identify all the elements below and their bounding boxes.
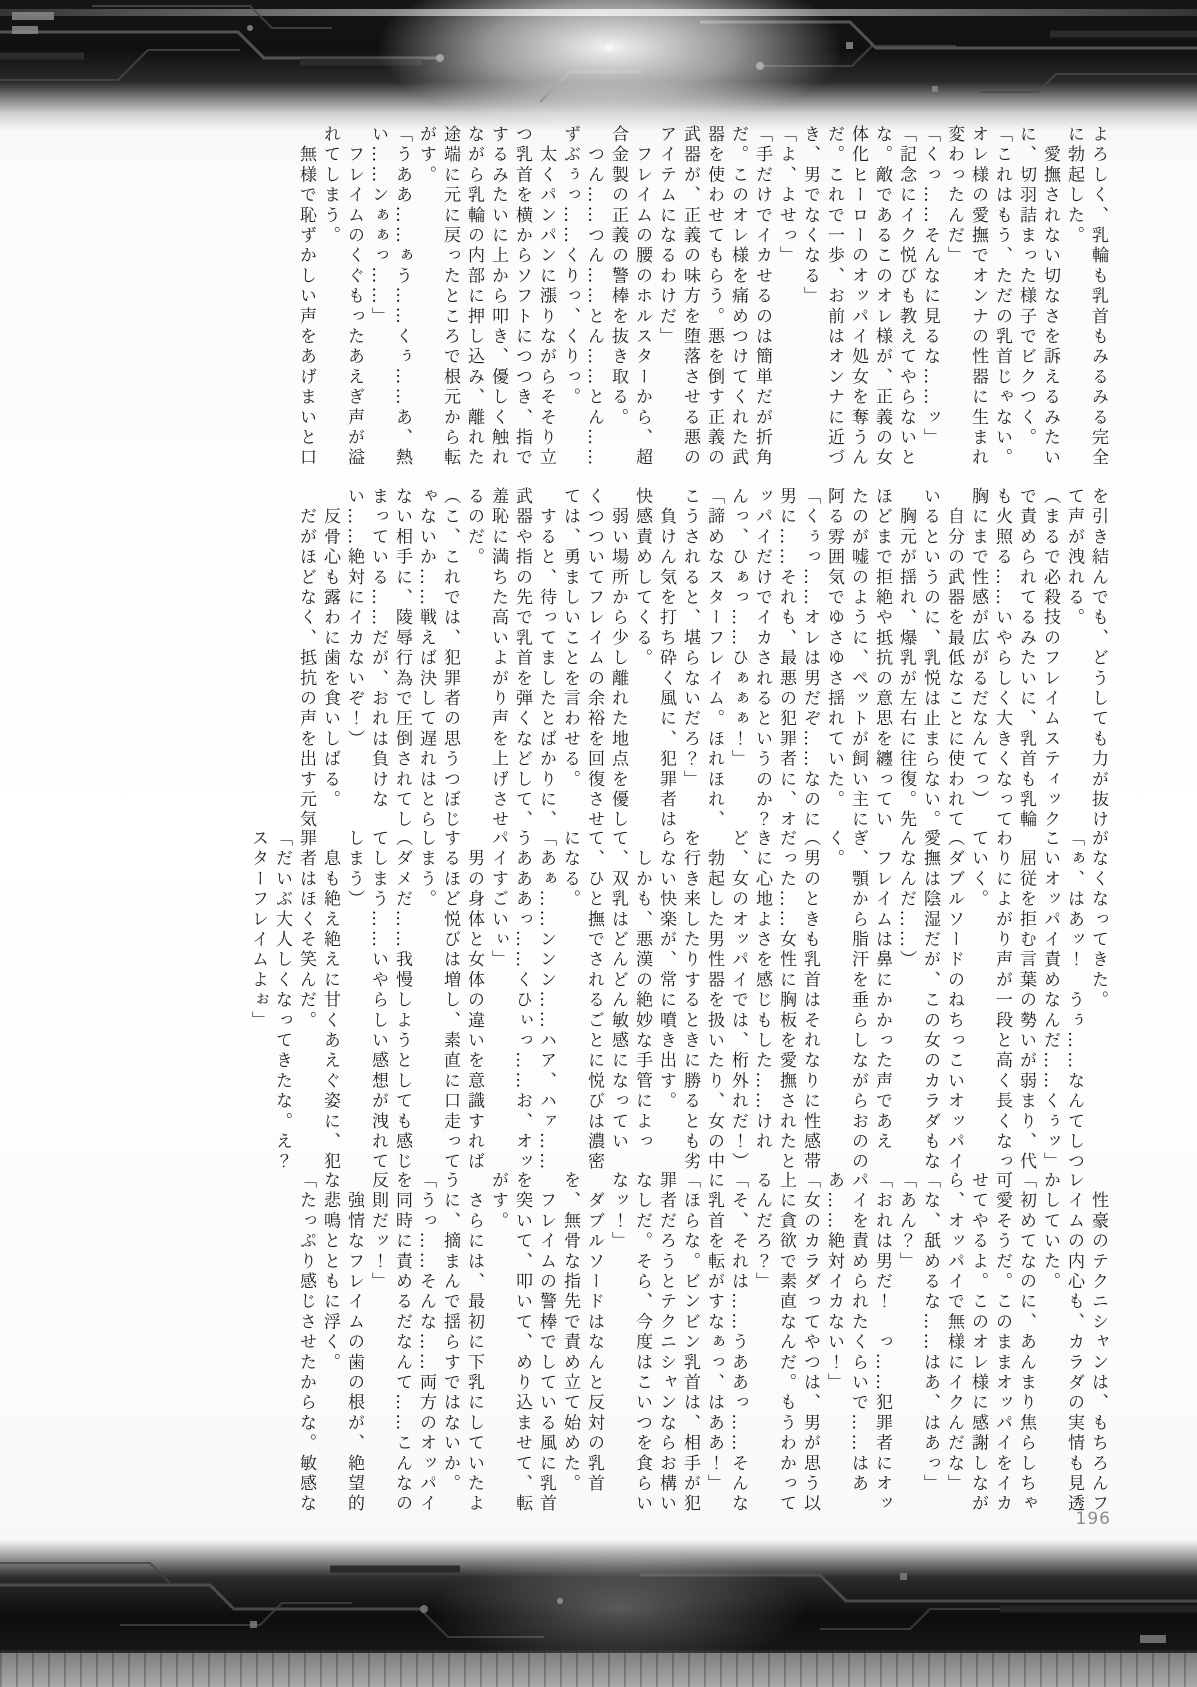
paragraph-line: 勃起した男性器を扱いたり、女の中を行き来したりするときに勝るとも劣らない快楽が、… bbox=[654, 829, 726, 1176]
paragraph-line: 性豪のテクニシャンは、もちろんフレイムの内心も、カラダの実情も見透かしていた。 bbox=[1038, 1171, 1110, 1518]
page-number: 196 bbox=[1076, 1509, 1111, 1529]
paragraph-line: 息も絶え絶えに甘くあえぐ姿に、犯罪者はほくそ笑んだ。 bbox=[294, 829, 342, 1176]
paragraph-line: 「女のカラダってやつは、男が思う以上に貪欲で素直なんだ。もうわかってるんだろ？」 bbox=[750, 1171, 822, 1518]
paragraph-line: フレイムのくぐもったあえぎ声が溢れてしまう。 bbox=[318, 125, 366, 472]
circuit-traces-top bbox=[0, 0, 1197, 132]
paragraph-line: 「だいぶ大人しくなってきたな。え？スターフレイムよぉ」 bbox=[246, 829, 294, 1176]
paragraph-line: 「これはもう、ただの乳首じゃない。オレ様の愛撫でオンナの性器に生まれ変わったんだ… bbox=[942, 125, 1014, 472]
text-band-1: よろしく、乳輪も乳首もみるみる完全に勃起した。 愛撫されない切なさを訴えるみたい… bbox=[105, 125, 1110, 472]
paragraph-line: フレイムの腰のホルスターから、超合金製の正義の警棒を抜き取る。 bbox=[606, 125, 654, 472]
paragraph-line: 「おれは男だ！ っ……犯罪者にオッパイを責められたくらいで……はああ……絶対イカ… bbox=[822, 1171, 894, 1518]
paragraph-line: （こ、これでは、犯罪者の思うつぼじゃないか……戦えば決して遅れはとらない相手に、… bbox=[342, 487, 462, 834]
paragraph-line: 「記念にイク悦びも教えてやらないとな。敵であるこのオレ様が、正義の女体化ヒーロー… bbox=[798, 125, 918, 472]
paragraph-line: 自分の武器を最低なことに使われているというのに、乳悦は止まらない。 bbox=[918, 487, 966, 834]
paragraph-line: 屈従を拒む言葉の勢いが弱まり、代わりによがり声が一段と高く長くなっていく。 bbox=[966, 829, 1038, 1176]
paragraph-line: 「な、舐めるな……はあ、はあっ」 bbox=[918, 1171, 942, 1518]
paragraph-line: ダブルソードはなんと反対の乳首を、無骨な指先で責め立て始めた。 bbox=[558, 1171, 606, 1518]
paragraph-line: 反骨心も露わに歯を食いしばる。 bbox=[318, 487, 342, 834]
paragraph-line: 「諦めなスターフレイム。ほれほれ、こうされると、堪らないだろ？」 bbox=[678, 487, 726, 834]
paragraph-line: 弱い場所から少し離れた地点を優しくつついてフレイムの余裕を回復させては、勇ましい… bbox=[558, 487, 630, 834]
paragraph-line: 「うっ……そんな……両方のオッパイを同時に責めるだなんて……こんなの反則だッ！」 bbox=[366, 1171, 438, 1518]
paragraph-line: 「手だけでイカせるのは簡単だが折角だ。このオレ様を痛めつけてくれた武器を使わせて… bbox=[654, 125, 774, 472]
paragraph-line: 「そ、それは……うああっ……そんなに乳首を転がすなぁっ、はああ！」 bbox=[702, 1171, 750, 1518]
paragraph-line: を引き結んでも、どうしても力が抜けて声が洩れる。 bbox=[1062, 487, 1110, 834]
paragraph-line: 「ほらな。ビンビン乳首は、相手が犯罪者だろうとテクニシャンならお構いなしだ。そら… bbox=[606, 1171, 702, 1518]
paragraph-line: （男のときも乳首はそれなりに性感帯だった……女性に胸板を愛撫されたときに心地よさ… bbox=[726, 829, 822, 1176]
paragraph-line: 「あん？」 bbox=[894, 1171, 918, 1518]
paragraph-line: 「うああ……ぁう……くぅ……あ、熱い……ンぁぁっ……」 bbox=[366, 125, 414, 472]
paragraph-line: さらには、最初に下乳にしていたように、摘まんで揺らすではないか。 bbox=[438, 1171, 486, 1518]
paragraph-line: 「初めてなのに、あんまり焦らしちゃ可愛そうだ。このままオッパイをイカせてやるよ。… bbox=[942, 1171, 1038, 1518]
metal-strip bbox=[0, 1653, 1197, 1687]
paragraph-line: 愛撫されない切なさを訴えるみたいに、切羽詰まった様子でビクつく。 bbox=[1014, 125, 1062, 472]
book-page: よろしく、乳輪も乳首もみるみる完全に勃起した。 愛撫されない切なさを訴えるみたい… bbox=[0, 0, 1197, 1687]
paragraph-line: 負けん気を打ち砕く風に、犯罪者は快感責めしてくる。 bbox=[630, 487, 678, 834]
paragraph-line: つん……つん……とん……とん……ずぶぅっ……くりっ、くりっ。 bbox=[558, 125, 606, 472]
paragraph-line: がなくなってきた。 bbox=[1086, 829, 1110, 1176]
paragraph-line: 太くパンパンに漲りながらそそり立つ乳首を横からソフトにつつき、指でするみたいに上… bbox=[414, 125, 558, 472]
paragraph-line: フレイムは鼻にかかった声であえぎ、顎から脂汗を垂らしながらおののく。 bbox=[822, 829, 894, 1176]
paragraph-line: 強情なフレイムの歯の根が、絶望的な悲鳴とともに浮く。 bbox=[318, 1171, 366, 1518]
text-band-2: を引き結んでも、どうしても力が抜けて声が洩れる。（まるで必殺技のフレイムスティッ… bbox=[105, 487, 1110, 834]
paragraph-line: すると、待ってましたとばかりに、武器や指の先で乳首を弾くなどして、羞恥に満ちた高… bbox=[462, 487, 558, 834]
text-band-3: がなくなってきた。「ぁ、はあッ！ うぅ……なんてしつこいオッパイ責めなんだ……く… bbox=[105, 829, 1110, 1176]
paragraph-line: 「あぁ……ンンン……ハア、ハァ……うあああっ……くひぃっ……お、オッパイすごいぃ… bbox=[486, 829, 558, 1176]
paragraph-line: （ダブルソードのねちっこいオッパイ愛撫は陰湿だが、この女のカラダもなんなんだ……… bbox=[894, 829, 966, 1176]
paragraph-line: しかも、悪漢の絶妙な手管によって、双乳はどんどん敏感になっていて、ひと撫でされる… bbox=[558, 829, 654, 1176]
paragraph-line: 胸元が揺れ、爆乳が左右に往復。先ほどまで拒絶や抵抗の意思を纏っていたのが嘘のよう… bbox=[822, 487, 918, 834]
circuit-decoration-bottom bbox=[0, 1539, 1197, 1687]
paragraph-line: 「くっ……そんなに見るな……ッ」 bbox=[918, 125, 942, 472]
paragraph-line: 「たっぷり感じさせたからな。敏感な bbox=[294, 1171, 318, 1518]
text-band-4: 性豪のテクニシャンは、もちろんフレイムの内心も、カラダの実情も見透かしていた。「… bbox=[105, 1171, 1110, 1518]
paragraph-line: フレイムの警棒でしている風に乳首を突いて、叩いて、めり込ませて、転がす。 bbox=[486, 1171, 558, 1518]
paragraph-line: 男の身体と女体の違いを意識すればするほど悦びは増し、素直に口走ってしまう。 bbox=[414, 829, 486, 1176]
paragraph-line: 無様で恥ずかしい声をあげまいと口 bbox=[294, 125, 318, 472]
paragraph-line: 「くぅっ……オレは男だぞ……なのに男に……それも、最悪の犯罪者に、オッパイだけで… bbox=[726, 487, 822, 834]
paragraph-line: よろしく、乳輪も乳首もみるみる完全に勃起した。 bbox=[1062, 125, 1110, 472]
paragraph-line: （ダメだ……我慢しようとしても感じてしまう……いやらしい感想が洩れてしまう） bbox=[342, 829, 414, 1176]
paragraph-line: （まるで必殺技のフレイムスティックで責められてるみたいに、乳首も乳輪も火照る……… bbox=[966, 487, 1062, 834]
paragraph-line: 「よ、よせっ」 bbox=[774, 125, 798, 472]
circuit-decoration-top bbox=[0, 0, 1197, 132]
paragraph-line: だがほどなく、抵抗の声を出す元気 bbox=[294, 487, 318, 834]
paragraph-line: 「ぁ、はあッ！ うぅ……なんてしつこいオッパイ責めなんだ……くぅッ」 bbox=[1038, 829, 1086, 1176]
